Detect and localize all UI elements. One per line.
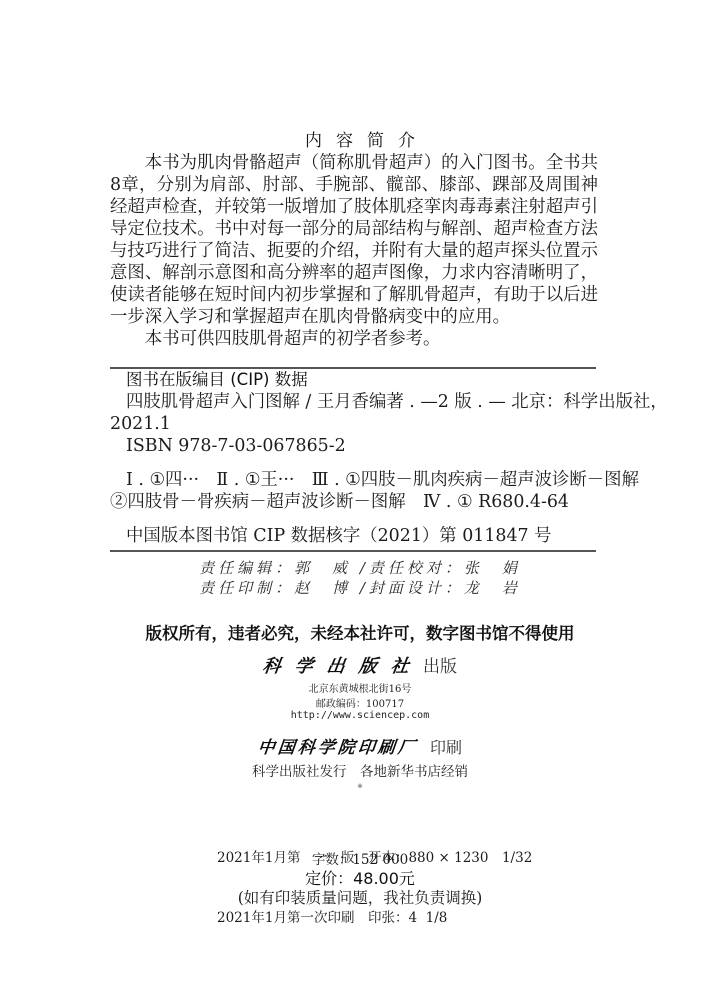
- publisher-postcode: 邮政编码：100717: [0, 695, 720, 710]
- word-count: 字数：152 000: [0, 848, 720, 868]
- cip-number: 中国版本图书馆 CIP 数据核字（2021）第 011847 号: [110, 525, 600, 547]
- quality-notice: (如有印装质量问题，我社负责调换): [0, 886, 720, 908]
- cip-spacer: [110, 457, 600, 469]
- cip-block: 图书在版编目 (CIP) 数据 四肢肌骨超声入门图解 / 王月香编著 . —2 …: [110, 369, 600, 547]
- cip-record-line-1: 四肢肌骨超声入门图解 / 王月香编著 . —2 版 . — 北京：科学出版社，: [110, 391, 600, 413]
- cip-record-line-2: 2021.1: [110, 413, 600, 435]
- cip-heading: 图书在版编目 (CIP) 数据: [110, 369, 600, 391]
- publisher-logo: 科学出版社: [261, 652, 425, 678]
- publisher-suffix: 出版: [423, 657, 457, 677]
- cip-isbn: ISBN 978-7-03-067865-2: [110, 435, 600, 457]
- credits-line-2: 责任印制：赵 博 /封面设计：龙 岩: [0, 578, 720, 598]
- publisher-address: 北京东黄城根北街16号: [0, 680, 720, 695]
- separator-star: *: [0, 783, 720, 794]
- intro-text: 本书为肌肉骨骼超声（简称肌骨超声）的入门图书。全书共8章，分别为肩部、肘部、手腕…: [110, 152, 598, 350]
- cip-subjects-line-2: ②四肢骨－骨疾病－超声波诊断－图解 Ⅳ . ① R680.4-64: [110, 491, 600, 513]
- staff-credits: 责任编辑：郭 威 /责任校对：张 娟 责任印制：赵 博 /封面设计：龙 岩: [0, 558, 720, 598]
- distribution-line: 科学出版社发行 各地新华书店经销: [0, 760, 720, 780]
- section-title: 内容简介: [0, 126, 720, 151]
- cip-spacer: [110, 513, 600, 525]
- printing-line: 2021年1月第一次印刷 印张：4 1/8: [217, 908, 532, 928]
- copyright-notice: 版权所有，违者必究，未经本社许可，数字图书馆不得使用: [0, 620, 720, 644]
- printer-logo: 中国科学院印刷厂: [257, 733, 420, 758]
- printer-suffix: 印刷: [430, 738, 462, 757]
- credits-line-1: 责任编辑：郭 威 /责任校对：张 娟: [0, 558, 720, 578]
- intro-paragraph-2: 本书可供四肢肌骨超声的初学者参考。: [110, 328, 598, 350]
- cip-subjects-line-1: Ⅰ . ①四··· Ⅱ . ①王··· Ⅲ . ①四肢－肌肉疾病－超声波诊断－图…: [110, 469, 600, 491]
- publisher-url: http://www.sciencep.com: [0, 710, 720, 721]
- printer-line: 中国科学院印刷厂印刷: [0, 733, 720, 758]
- cip-bottom-rule: [110, 550, 596, 552]
- intro-paragraph-1: 本书为肌肉骨骼超声（简称肌骨超声）的入门图书。全书共8章，分别为肩部、肘部、手腕…: [110, 152, 598, 328]
- publisher-line: 科学出版社出版: [0, 652, 720, 678]
